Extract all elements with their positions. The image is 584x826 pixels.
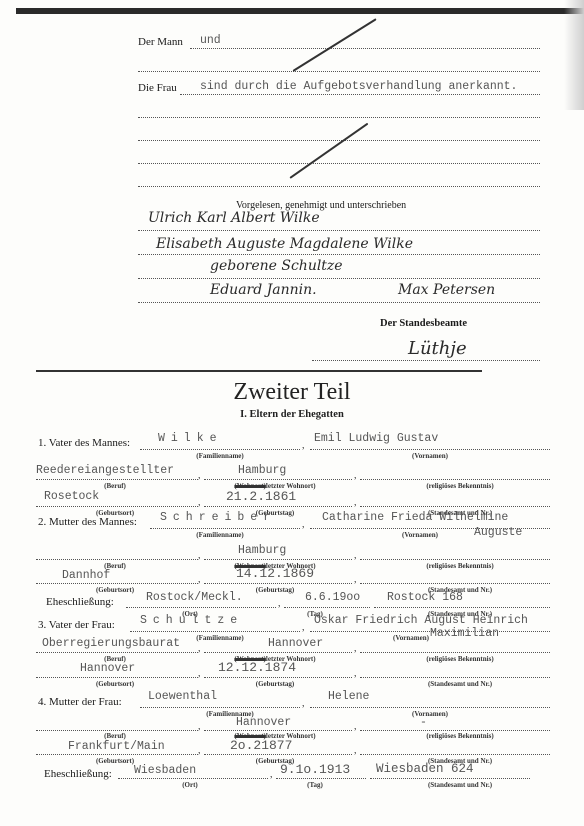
signature-bride: Elisabeth Auguste Magdalene Wilke	[156, 236, 413, 252]
caption-tag: (Tag)	[290, 781, 340, 789]
field-line	[140, 449, 300, 450]
signature-witness-2: Max Petersen	[398, 282, 495, 298]
field-line	[360, 754, 550, 755]
caption-standesamt: (Standesamt und Nr.)	[390, 680, 530, 688]
caption-ort: (Ort)	[160, 781, 220, 789]
comma: ,	[198, 574, 201, 585]
field-line	[276, 778, 366, 779]
mother-of-groom-firstnames-extra: Auguste	[474, 526, 522, 539]
mother-of-groom-residence: Hamburg	[238, 544, 286, 557]
mother-of-groom-birthplace: Dannhof	[62, 569, 110, 582]
field-line	[204, 677, 352, 678]
caption-religion: (religiöses Bekenntnis)	[390, 655, 530, 663]
comma: ,	[198, 668, 201, 679]
field-line	[204, 559, 352, 560]
registrar-label: Der Standesbeamte	[380, 318, 467, 329]
field-line	[360, 730, 550, 731]
caption-standesamt: (Standesamt und Nr.)	[390, 781, 530, 789]
father-of-groom-residence: Hamburg	[238, 464, 286, 477]
marriage-place: Wiesbaden	[134, 764, 196, 777]
field-line	[310, 707, 550, 708]
comma: ,	[354, 550, 357, 561]
mother-of-bride-birthplace: Frankfurt/Main	[68, 740, 165, 753]
strike-mark	[289, 123, 368, 179]
field-line	[36, 506, 198, 507]
field-line	[180, 94, 540, 95]
mother-of-groom-label: 2. Mutter des Mannes:	[38, 516, 137, 528]
marriage-label: Eheschließung:	[44, 768, 112, 780]
field-line	[36, 583, 198, 584]
mother-of-bride-religion: -	[420, 716, 427, 729]
comma: ,	[198, 643, 201, 654]
marriage-date: 9.1o.1913	[280, 762, 350, 777]
field-line	[310, 449, 550, 450]
part-title: Zweiter Teil	[0, 379, 584, 406]
section-divider	[36, 370, 482, 372]
comma: ,	[302, 440, 305, 451]
mother-of-bride-label: 4. Mutter der Frau:	[38, 696, 122, 708]
marriage-place: Rostock/Meckl.	[146, 591, 243, 604]
field-line	[36, 730, 198, 731]
field-line	[204, 583, 352, 584]
caption-familienname: (Familienname)	[150, 452, 290, 460]
comma: ,	[198, 470, 201, 481]
marriage-registry: Rostock 168	[387, 591, 463, 604]
comma: ,	[198, 721, 201, 732]
signature-line	[138, 302, 540, 303]
field-line	[130, 631, 300, 632]
field-line	[36, 652, 198, 653]
signature-line	[138, 278, 540, 279]
field-line	[204, 754, 352, 755]
field-line	[204, 506, 352, 507]
comma: ,	[302, 698, 305, 709]
mother-of-bride-residence: Hannover	[236, 716, 291, 729]
field-line	[36, 754, 198, 755]
caption-beruf: (Beruf)	[60, 482, 170, 490]
field-line	[284, 607, 370, 608]
field-line	[204, 652, 352, 653]
strike-mark	[292, 18, 376, 72]
comma: ,	[270, 769, 273, 780]
comma: ,	[198, 497, 201, 508]
father-of-bride-birthdate: 12.12.1874	[218, 660, 296, 675]
field-line	[138, 163, 540, 164]
father-of-groom-firstnames: Emil Ludwig Gustav	[314, 432, 438, 445]
comma: ,	[278, 598, 281, 609]
der-mann-value: und	[200, 34, 221, 47]
signature-line	[138, 254, 540, 255]
mother-of-bride-firstnames: Helene	[328, 690, 369, 703]
caption-religion: (religiöses Bekenntnis)	[390, 732, 530, 740]
field-line	[150, 528, 300, 529]
father-of-groom-birthdate: 21.2.1861	[226, 489, 296, 504]
marriage-registry: Wiesbaden 624	[376, 762, 474, 776]
comma: ,	[354, 643, 357, 654]
part-subtitle: I. Eltern der Ehegatten	[0, 409, 584, 420]
comma: ,	[354, 668, 357, 679]
caption-geburtstag: (Geburtstag)	[220, 680, 330, 688]
field-line	[370, 778, 530, 779]
field-line	[36, 479, 198, 480]
comma: ,	[302, 519, 305, 530]
field-line	[138, 186, 540, 187]
caption-religion: (religiöses Bekenntnis)	[390, 482, 530, 490]
field-line	[204, 479, 352, 480]
marriage-label: Eheschließung:	[46, 596, 114, 608]
caption-vornamen: (Vornamen)	[380, 531, 460, 539]
father-of-bride-firstnames-extra: Maximilian	[430, 627, 499, 640]
field-line	[360, 583, 550, 584]
signature-groom: Ulrich Karl Albert Wilke	[148, 210, 320, 226]
mother-of-bride-surname: Loewenthal	[148, 690, 217, 703]
caption-geburtsort: (Geburtsort)	[60, 680, 170, 688]
comma: ,	[198, 745, 201, 756]
die-frau-value: sind durch die Aufgebotsverhandlung aner…	[200, 80, 517, 93]
comma: ,	[302, 622, 305, 633]
father-of-bride-occupation: Oberregierungsbaurat	[42, 637, 180, 650]
marriage-date: 6.6.19oo	[305, 591, 360, 604]
father-of-groom-label: 1. Vater des Mannes:	[38, 437, 130, 449]
father-of-bride-label: 3. Vater der Frau:	[38, 619, 115, 631]
signature-line	[312, 360, 540, 361]
mother-of-groom-firstnames: Catharine Frieda Wilhelmine	[322, 511, 508, 524]
field-line	[374, 607, 550, 608]
father-of-groom-occupation: Reedereiangestellter	[36, 464, 174, 477]
field-line	[140, 707, 300, 708]
die-frau-label: Die Frau	[138, 82, 177, 94]
field-line	[190, 48, 540, 49]
field-line	[360, 652, 550, 653]
der-mann-label: Der Mann	[138, 36, 183, 48]
father-of-groom-surname: Wilke	[158, 432, 223, 445]
page-top-edge	[16, 8, 584, 14]
registrar-signature: Lüthje	[408, 338, 467, 359]
father-of-bride-residence: Hannover	[268, 637, 323, 650]
mother-of-groom-birthdate: 14.12.1869	[236, 566, 314, 581]
signature-bride-maiden: geborene Schultze	[210, 258, 343, 274]
comma: ,	[354, 745, 357, 756]
field-line	[360, 677, 550, 678]
caption-vornamen: (Vornamen)	[386, 634, 436, 642]
field-line	[360, 559, 550, 560]
field-line	[36, 677, 198, 678]
signature-witness-1: Eduard Jannin.	[210, 282, 317, 298]
field-line	[138, 117, 540, 118]
comma: ,	[354, 470, 357, 481]
field-line	[118, 778, 268, 779]
father-of-bride-surname: Schultze	[140, 614, 243, 627]
field-line	[36, 559, 198, 560]
field-line	[360, 506, 550, 507]
caption-familienname: (Familienname)	[150, 531, 290, 539]
page-edge-shadow	[564, 0, 584, 110]
caption-vornamen: (Vornamen)	[370, 710, 490, 718]
field-line	[360, 479, 550, 480]
field-line	[138, 71, 540, 72]
father-of-bride-birthplace: Hannover	[80, 662, 135, 675]
father-of-groom-birthplace: Rosetock	[44, 490, 99, 503]
comma: ,	[198, 550, 201, 561]
caption-beruf: (Beruf)	[60, 732, 170, 740]
comma: ,	[354, 497, 357, 508]
mother-of-bride-birthdate: 2o.21877	[230, 738, 292, 753]
father-of-bride-firstnames: Oskar Friedrich August Heinrich	[314, 614, 528, 627]
field-line	[204, 730, 352, 731]
caption-religion: (religiöses Bekenntnis)	[390, 562, 530, 570]
comma: ,	[354, 574, 357, 585]
mother-of-groom-surname: Schreiber	[160, 511, 276, 524]
signature-line	[138, 230, 540, 231]
caption-vornamen: (Vornamen)	[370, 452, 490, 460]
field-line	[126, 607, 276, 608]
comma: ,	[354, 721, 357, 732]
